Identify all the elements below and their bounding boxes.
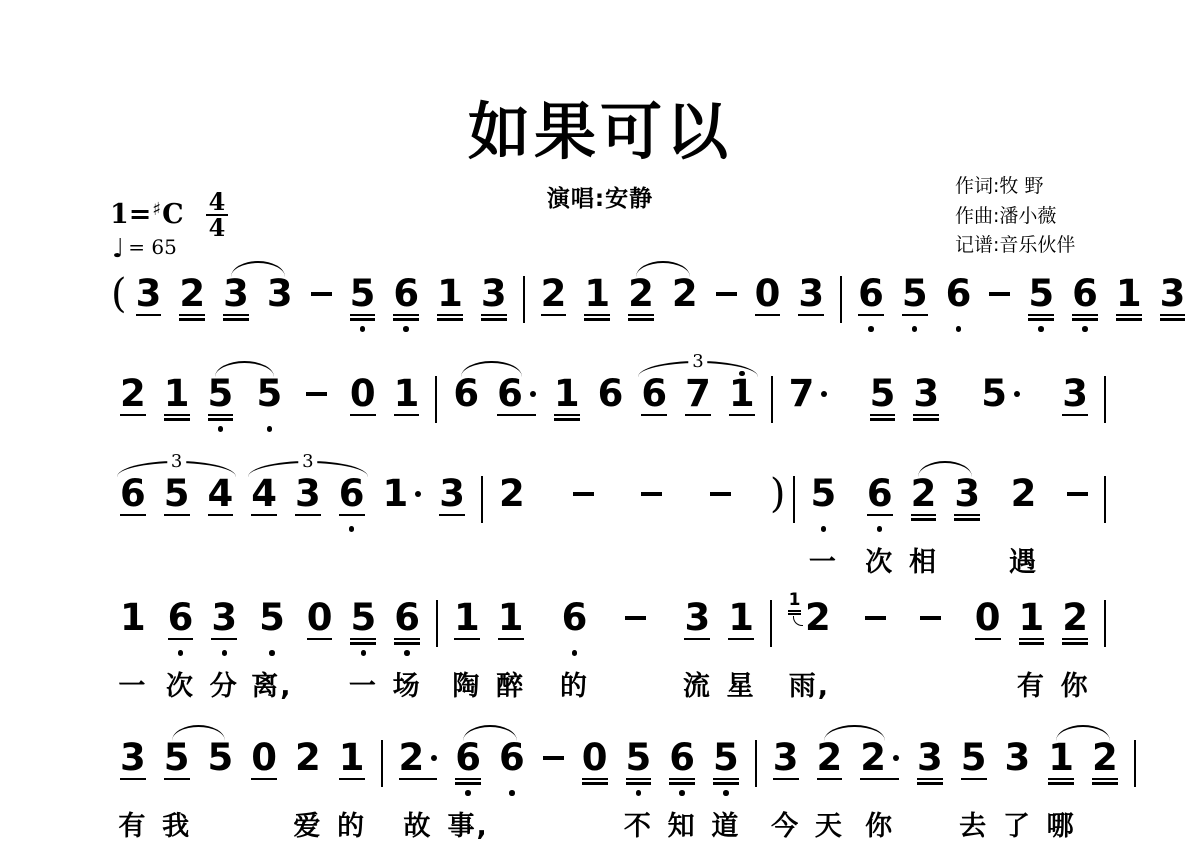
credit-transcriber: 记谱:音乐伙伴 xyxy=(955,231,1075,261)
note-digit: 5 xyxy=(626,740,652,776)
beam-group: 056 xyxy=(298,588,429,658)
lyric-syllable: 你 xyxy=(865,804,894,843)
lyric-syllable: 有 xyxy=(118,804,147,843)
octave-dot xyxy=(404,650,410,656)
beam-group: 2 xyxy=(286,728,330,798)
beam-line xyxy=(437,318,463,320)
digit-row: 7 xyxy=(789,376,828,412)
lyric-syllable: 了 xyxy=(1003,804,1032,843)
low-octave-zone xyxy=(672,324,698,334)
parenthesis: ( xyxy=(111,276,127,312)
low-octave-zone xyxy=(306,424,327,434)
high-octave-zone xyxy=(543,728,564,740)
digit-row: 2 xyxy=(1011,476,1037,512)
key-and-meter: 1=♯C 4 4 xyxy=(110,190,228,239)
beam-group: 012 xyxy=(966,588,1097,658)
octave-dot xyxy=(349,526,355,532)
note-digit: 3 xyxy=(1062,376,1088,412)
grace-beam xyxy=(788,610,801,612)
low-octave-zone xyxy=(208,424,234,434)
note xyxy=(856,588,895,658)
note: 3 xyxy=(1151,264,1195,334)
note-digit: 5 xyxy=(981,376,1007,412)
dash-note xyxy=(573,492,594,497)
note-digit: 3 xyxy=(1160,276,1186,312)
note: 5 xyxy=(617,728,661,798)
lyric-syllable: 的 xyxy=(560,664,589,703)
low-octave-zone xyxy=(788,648,831,658)
beam-zone xyxy=(716,312,737,324)
dash-note xyxy=(865,616,886,621)
note-digit: 1 xyxy=(1116,276,1142,312)
lyric-syllable: 天 xyxy=(815,804,844,843)
digit-row: 2 xyxy=(911,476,937,512)
digit-row: 2 xyxy=(817,740,843,776)
digit-row: 2 xyxy=(1092,740,1118,776)
note: 2 xyxy=(390,728,447,798)
note: 5 xyxy=(952,728,996,798)
note-digit: 6 xyxy=(453,376,479,412)
beam-group: 5 xyxy=(972,364,1029,434)
octave-dot xyxy=(956,326,962,332)
octave-dot xyxy=(572,650,578,656)
digit-row: 3 xyxy=(1160,276,1186,312)
low-octave-zone xyxy=(713,788,739,798)
digit-row: 1 xyxy=(454,600,480,636)
beam-line xyxy=(954,518,980,520)
low-octave-zone xyxy=(554,424,580,434)
digit-row: 0 xyxy=(755,276,781,312)
triplet-label: 3 xyxy=(298,453,317,471)
low-octave-zone xyxy=(257,424,283,434)
note-digit: 2 xyxy=(295,740,321,776)
digit-row: 6 xyxy=(120,476,146,512)
low-octave-zone xyxy=(684,648,710,658)
note-digit: 3 xyxy=(136,276,162,312)
note: 3 xyxy=(789,264,833,334)
beam-group: 65 xyxy=(849,264,937,334)
beam-line xyxy=(481,318,507,320)
beam-line xyxy=(628,318,654,320)
note-digit: 3 xyxy=(684,600,710,636)
digit-row: 5 xyxy=(961,740,987,776)
note-digit: 0 xyxy=(251,740,277,776)
low-octave-zone xyxy=(817,788,843,798)
note: 6 xyxy=(159,588,203,658)
beam-group: 53 xyxy=(861,364,949,434)
digit-row: 1 xyxy=(120,600,146,636)
digit-row: 5 xyxy=(208,740,234,776)
low-octave-zone xyxy=(350,648,376,658)
low-octave-zone xyxy=(669,788,695,798)
low-octave-zone xyxy=(437,324,463,334)
beam-group xyxy=(856,588,895,658)
digit-row: 1 xyxy=(164,376,190,412)
note-digit: 6 xyxy=(499,740,525,776)
note-digit: 5 xyxy=(208,740,234,776)
digit-row: 1 xyxy=(728,600,754,636)
digit-row: 6 xyxy=(669,740,695,776)
low-octave-zone xyxy=(598,424,624,434)
note-digit: 5 xyxy=(1028,276,1054,312)
digit-row xyxy=(989,276,1010,312)
high-octave-zone xyxy=(989,264,1010,276)
digit-row: 3 xyxy=(223,276,249,312)
note: 5 xyxy=(341,588,385,658)
beam-group: 11 xyxy=(445,588,533,658)
note-digit: 2 xyxy=(120,376,146,412)
measure: (32335613 xyxy=(104,264,523,334)
digit-row: 5 xyxy=(350,276,376,312)
note: 2 xyxy=(532,264,576,334)
low-octave-zone xyxy=(867,524,893,534)
digit-row: 1 xyxy=(1019,600,1045,636)
low-octave-zone xyxy=(1067,524,1088,534)
beam-group xyxy=(707,264,746,334)
digit-row xyxy=(573,476,594,512)
lyric-syllable: 哪 xyxy=(1047,804,1076,843)
beam-line xyxy=(350,318,376,320)
digit-row: 2 xyxy=(295,740,321,776)
note: 5 xyxy=(861,364,905,434)
digit-row: 0 xyxy=(975,600,1001,636)
low-octave-zone xyxy=(789,424,828,434)
digit-row: 6 xyxy=(858,276,884,312)
low-octave-zone xyxy=(120,524,146,534)
sheet-music-page: 如果可以 演唱:安静 作词:牧 野 作曲:潘小薇 记谱:音乐伙伴 1=♯C 4 … xyxy=(0,0,1200,850)
note: 1 xyxy=(719,588,763,658)
note xyxy=(980,264,1019,334)
low-octave-zone xyxy=(860,788,899,798)
low-octave-zone xyxy=(164,524,190,534)
parenthesis: ) xyxy=(770,476,786,512)
beam-line xyxy=(394,642,420,644)
digit-row: 3 xyxy=(684,600,710,636)
note-digit: 3 xyxy=(798,276,824,312)
digit-row: 2 xyxy=(628,276,654,312)
low-octave-zone xyxy=(399,788,438,798)
note-digit: 6 xyxy=(120,476,146,512)
digit-row xyxy=(311,276,332,312)
note-digit: 7 xyxy=(685,376,711,412)
low-octave-zone xyxy=(168,648,194,658)
low-octave-zone xyxy=(453,424,479,434)
digit-row: 7 xyxy=(685,376,711,412)
note: 0 xyxy=(242,728,286,798)
octave-dot xyxy=(269,650,275,656)
grace-digit: 1 xyxy=(789,592,801,608)
beam-zone xyxy=(311,312,332,324)
low-octave-zone xyxy=(295,788,321,798)
note-digit: 4 xyxy=(251,476,277,512)
note-digit: 6 xyxy=(393,276,419,312)
digit-row: 5 xyxy=(870,376,896,412)
note-digit: 2 xyxy=(399,740,425,776)
digit-row: 5 xyxy=(350,600,376,636)
low-octave-zone xyxy=(628,324,654,334)
note-digit: 5 xyxy=(713,740,739,776)
digit-row: 5 xyxy=(259,600,285,636)
lyric-syllable: 一 xyxy=(349,664,378,703)
low-octave-zone xyxy=(383,524,422,534)
note-digit: 6 xyxy=(858,276,884,312)
digit-row: 5 xyxy=(257,376,283,412)
low-octave-zone xyxy=(920,648,941,658)
digit-row: 3 xyxy=(917,740,943,776)
note-digit: 2 xyxy=(628,276,654,312)
beam-group: 2 xyxy=(1002,464,1046,534)
note xyxy=(632,464,671,534)
note-digit: 5 xyxy=(257,376,283,412)
lyric-syllable: 爱 xyxy=(293,804,322,843)
note-digit: 5 xyxy=(350,600,376,636)
note: 5 xyxy=(250,588,294,658)
low-octave-zone xyxy=(307,648,333,658)
digit-row: 5 xyxy=(902,276,928,312)
note: 0 xyxy=(573,728,617,798)
beam-line xyxy=(913,418,939,420)
digit-row: 0 xyxy=(307,600,333,636)
note: 2 xyxy=(286,728,330,798)
digit-row: 0 xyxy=(582,740,608,776)
score-line: 16350561163112012一次分离,一场陶醉的流星雨,有你 xyxy=(104,588,1106,700)
note xyxy=(534,728,573,798)
note: 3 xyxy=(127,264,171,334)
octave-dot xyxy=(868,326,874,332)
digit-row: 6 xyxy=(168,600,194,636)
tempo-marking: ♩= 65 xyxy=(112,234,177,264)
score-line: (323356132122036565613 xyxy=(104,264,1106,334)
digit-row: 6 xyxy=(339,476,365,512)
beam-group: 5 xyxy=(250,588,294,658)
note-digit: 5 xyxy=(902,276,928,312)
note: 1 xyxy=(1010,588,1054,658)
low-octave-zone xyxy=(481,324,507,334)
digit-row: 3 xyxy=(773,740,799,776)
note-digit: 6 xyxy=(562,600,588,636)
note-digit: 6 xyxy=(455,740,481,776)
note-digit: 0 xyxy=(582,740,608,776)
dash-note xyxy=(543,756,564,761)
digit-row: 3 xyxy=(1005,740,1031,776)
digit-row: 1 xyxy=(1048,740,1074,776)
lyric-syllable: 一 xyxy=(118,664,147,703)
digit-row: 6 xyxy=(453,376,479,412)
note xyxy=(701,464,740,534)
low-octave-zone xyxy=(1072,324,1098,334)
low-octave-zone xyxy=(208,524,234,534)
beam-zone xyxy=(625,636,646,648)
beam-zone xyxy=(710,512,731,524)
note: 1 xyxy=(1107,264,1151,334)
measure: 6565613 xyxy=(842,264,1200,334)
low-octave-zone xyxy=(989,324,1010,334)
low-octave-zone xyxy=(1092,788,1118,798)
note-digit: 1 xyxy=(1048,740,1074,776)
low-octave-zone xyxy=(179,324,205,334)
quarter-note-icon: ♩ xyxy=(112,234,124,264)
lyric-syllable: 的 xyxy=(337,804,366,843)
beam-line xyxy=(1062,642,1088,644)
grace-note: 1 xyxy=(788,592,801,625)
measure: 12012 xyxy=(772,588,1104,658)
low-octave-zone xyxy=(946,324,972,334)
note-digit: 3 xyxy=(295,476,321,512)
beam-group: 2 xyxy=(490,464,534,534)
note-digit: 5 xyxy=(350,276,376,312)
note-digit: 5 xyxy=(961,740,987,776)
note: 3 xyxy=(675,588,719,658)
beam-line xyxy=(1160,318,1186,320)
beam-group xyxy=(1058,464,1097,534)
note-digit: 4 xyxy=(208,476,234,512)
note: 1 xyxy=(374,464,431,534)
beam-line xyxy=(1048,782,1074,784)
note-digit: 3 xyxy=(913,376,939,412)
note: 6 xyxy=(553,588,597,658)
note-digit: 3 xyxy=(211,600,237,636)
lyric-syllable: 分 xyxy=(210,664,239,703)
high-octave-zone xyxy=(716,264,737,276)
low-octave-zone xyxy=(497,424,536,434)
note-digit: 5 xyxy=(870,376,896,412)
lyric-syllable: 有 xyxy=(1017,664,1046,703)
sharp-symbol: ♯ xyxy=(152,199,161,220)
low-octave-zone xyxy=(913,424,939,434)
low-octave-zone xyxy=(755,324,781,334)
beam-group: 03 xyxy=(746,264,834,334)
low-octave-zone xyxy=(350,424,376,434)
time-signature: 4 4 xyxy=(206,190,229,239)
note-digit: 6 xyxy=(867,476,893,512)
octave-dot xyxy=(222,650,228,656)
beam-line xyxy=(164,418,190,420)
digit-row: 1 xyxy=(554,376,580,412)
beam-group: 5 xyxy=(802,464,846,534)
lyric-syllable: 次 xyxy=(865,540,894,579)
low-octave-zone xyxy=(311,324,332,334)
octave-dot xyxy=(1082,326,1088,332)
beam-zone xyxy=(1067,512,1088,524)
low-octave-zone xyxy=(1062,424,1088,434)
digit-row xyxy=(1067,476,1088,512)
lyric-syllable: 道 xyxy=(711,804,740,843)
digit-row: 6 xyxy=(946,276,972,312)
note: 3 xyxy=(472,264,516,334)
note: 2 xyxy=(170,264,214,334)
beam-line xyxy=(584,318,610,320)
low-octave-zone xyxy=(798,324,824,334)
beam-line xyxy=(626,782,652,784)
octave-dot xyxy=(821,526,827,532)
low-octave-zone xyxy=(394,424,420,434)
note-digit: 1 xyxy=(164,376,190,412)
digit-row: 2 xyxy=(179,276,205,312)
beam-group xyxy=(911,588,950,658)
low-octave-zone xyxy=(211,648,237,658)
score: (323356132122036565613215501661667175353… xyxy=(104,264,1106,840)
low-octave-zone xyxy=(641,524,662,534)
low-octave-zone xyxy=(339,788,365,798)
low-octave-zone xyxy=(393,324,419,334)
octave-dot xyxy=(267,426,273,432)
low-octave-zone xyxy=(870,424,896,434)
low-octave-zone xyxy=(120,424,146,434)
augmentation-dot xyxy=(530,391,536,397)
grace-hook xyxy=(793,616,803,626)
low-octave-zone xyxy=(295,524,321,534)
beam-group: 3 xyxy=(430,464,474,534)
octave-dot xyxy=(877,526,883,532)
note: 3 xyxy=(202,588,246,658)
dash-note xyxy=(920,616,941,621)
credit-composer: 作曲:潘小薇 xyxy=(955,202,1075,232)
note-digit: 1 xyxy=(1019,600,1045,636)
low-octave-zone xyxy=(562,648,588,658)
low-octave-zone xyxy=(641,424,667,434)
beam-group xyxy=(302,264,341,334)
note-digit: 1 xyxy=(728,600,754,636)
note: 1 xyxy=(330,728,374,798)
beam-group: 12 xyxy=(779,588,840,658)
beam-line xyxy=(870,418,896,420)
digit-row: 6 xyxy=(497,376,536,412)
lyric-syllable: 场 xyxy=(393,664,422,703)
note-digit: 1 xyxy=(454,600,480,636)
low-octave-zone xyxy=(728,648,754,658)
note: 1 xyxy=(428,264,472,334)
digit-row: 5 xyxy=(626,740,652,776)
digit-row xyxy=(710,476,731,512)
note: 1 xyxy=(489,588,533,658)
digit-row xyxy=(306,376,327,412)
high-octave-zone xyxy=(573,464,594,476)
low-octave-zone xyxy=(685,424,711,434)
note: 3 xyxy=(904,364,948,434)
lyric-syllable: 你 xyxy=(1061,664,1090,703)
note-digit: 5 xyxy=(259,600,285,636)
beam-group: 5613 xyxy=(341,264,516,334)
note-digit: 6 xyxy=(946,276,972,312)
beam-group: 31 xyxy=(675,588,763,658)
low-octave-zone xyxy=(1160,324,1186,334)
digit-row xyxy=(716,276,737,312)
low-octave-zone xyxy=(911,524,937,534)
digit-row xyxy=(543,740,564,776)
note xyxy=(302,264,341,334)
digit-row: 1 xyxy=(498,600,524,636)
dash-note xyxy=(641,492,662,497)
measure: 2) xyxy=(483,464,793,534)
note-digit: 0 xyxy=(755,276,781,312)
score-line: 654436132)5623233一次相遇 xyxy=(104,464,1106,576)
lyric-syllable: 流 xyxy=(683,664,712,703)
dash-note xyxy=(716,292,737,297)
note: 3 xyxy=(908,728,952,798)
digit-row: 3 xyxy=(295,476,321,512)
high-octave-zone xyxy=(311,264,332,276)
digit-row: 0 xyxy=(251,740,277,776)
note-digit: 1 xyxy=(437,276,463,312)
barline xyxy=(1104,376,1106,423)
digit-row: 1 xyxy=(729,376,755,412)
beam-zone xyxy=(920,636,941,648)
digit-row: 1 xyxy=(394,376,420,412)
low-octave-zone xyxy=(1005,788,1031,798)
low-octave-zone xyxy=(981,424,1020,434)
lyric-syllable: 离, xyxy=(251,664,292,703)
measure: 11631 xyxy=(438,588,770,658)
